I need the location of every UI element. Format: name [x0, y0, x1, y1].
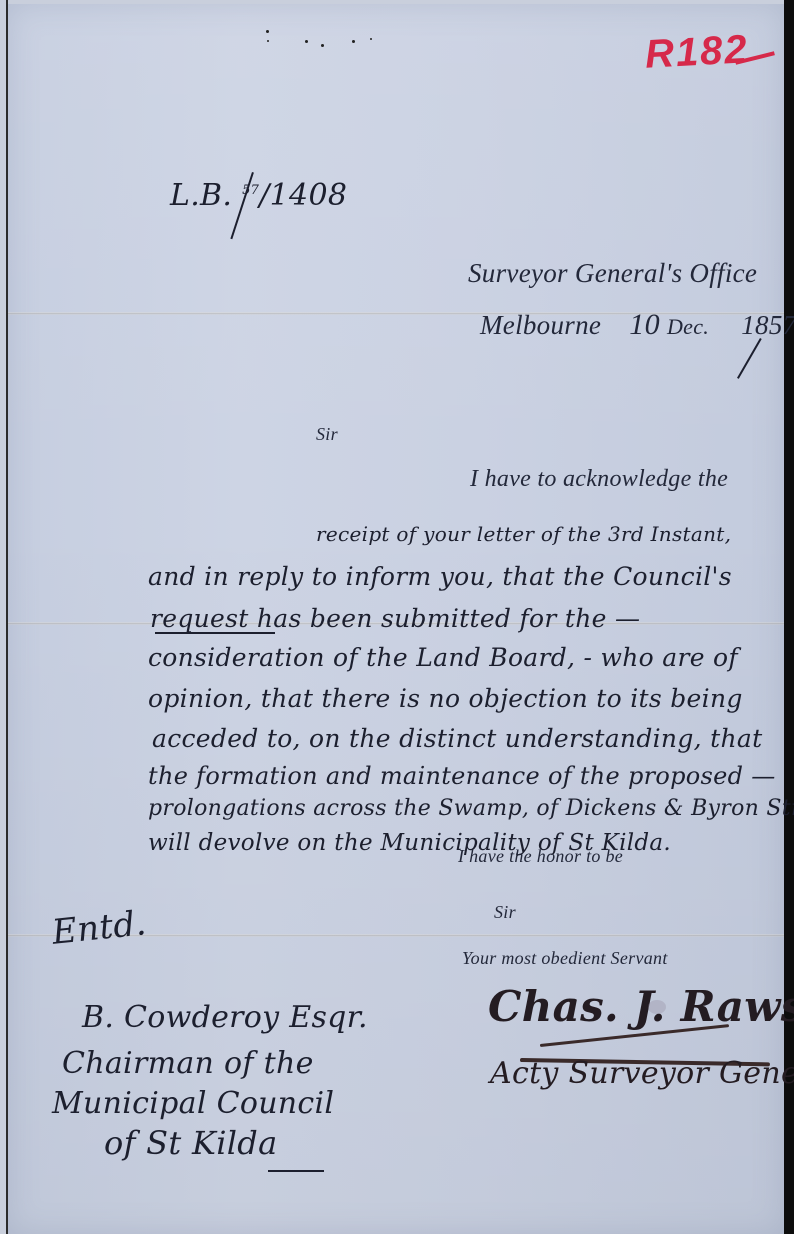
- addressee-underline: [268, 1170, 324, 1172]
- closing-line-3: Your most obedient Servant: [462, 948, 668, 969]
- addressee-line-4: of St Kilda: [104, 1124, 277, 1162]
- reference-prefix: L.B.: [170, 178, 232, 213]
- reference-number: L.B. 57/1408: [170, 178, 347, 213]
- addressee-line-3: Municipal Council: [52, 1086, 334, 1121]
- scan-right-border: [784, 0, 794, 1234]
- body-line-6: opinion, that there is no objection to i…: [148, 684, 743, 713]
- signature-name: Chas. J. Rawson: [488, 982, 794, 1031]
- reference-value: 1408: [270, 178, 348, 213]
- letterhead-year: 1857: [741, 310, 794, 340]
- body-line-7: acceded to, on the distinct understandin…: [152, 724, 762, 753]
- ink-speckles: [262, 28, 382, 48]
- signature-title: Acty Surveyor General: [490, 1056, 794, 1091]
- document-scan: R182 L.B. 57/1408 Surveyor General's Off…: [0, 0, 794, 1234]
- body-line-8: the formation and maintenance of the pro…: [148, 762, 776, 790]
- letterhead-month: Dec.: [667, 314, 709, 339]
- salutation: Sir: [316, 424, 338, 445]
- closing-line-1: I have the honor to be: [458, 846, 623, 867]
- body-line-4: request has been submitted for the —: [150, 604, 640, 633]
- body-line-3: and in reply to inform you, that the Cou…: [148, 562, 732, 591]
- letterhead-office: Surveyor General's Office: [468, 258, 757, 289]
- letterhead-day: 10: [629, 308, 660, 341]
- request-underline: [155, 632, 275, 634]
- letterhead-place-date: Melbourne 10 Dec. 1857: [480, 308, 794, 342]
- archive-mark: R182: [644, 27, 750, 77]
- body-line-1: I have to acknowledge the: [470, 466, 728, 493]
- ink-smudge: [648, 1000, 666, 1014]
- body-line-5: consideration of the Land Board, - who a…: [148, 643, 738, 672]
- body-line-2: receipt of your letter of the 3rd Instan…: [316, 522, 731, 546]
- letterhead-place: Melbourne: [480, 310, 601, 340]
- addressee-line-1: B. Cowderoy Esqr.: [82, 1000, 368, 1035]
- body-line-9: prolongations across the Swamp, of Dicke…: [148, 796, 794, 821]
- paper-left-edge: [6, 0, 8, 1234]
- closing-line-2: Sir: [494, 902, 516, 923]
- addressee-line-2: Chairman of the: [62, 1046, 314, 1081]
